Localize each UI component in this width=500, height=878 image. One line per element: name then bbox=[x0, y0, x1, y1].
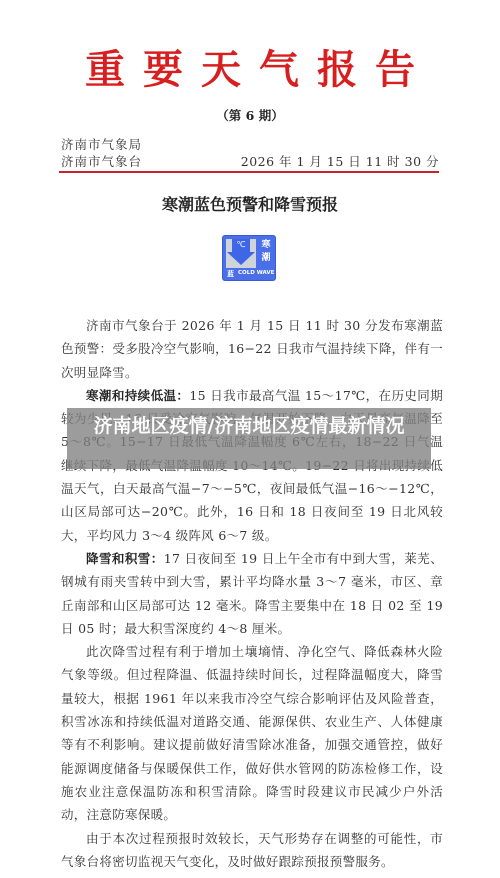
paragraph-impact: 此次降雪过程有利于增加土壤墒情、净化空气、降低森林火险气象等级。但过程降温、低温… bbox=[61, 640, 443, 826]
paragraph-text: 由于本次过程预报时效较长，天气形势存在调整的可能性，市气象台将密切监视天气变化，… bbox=[61, 831, 443, 869]
icon-label-cn: 寒潮 bbox=[259, 239, 273, 265]
headline-overlay-banner: 济南地区疫情/济南地区疫情最新情况 bbox=[67, 408, 431, 469]
paragraph-text: 此次降雪过程有利于增加土壤墒情、净化空气、降低森林火险气象等级。但过程降温、低温… bbox=[61, 644, 443, 822]
report-subtitle: 寒潮蓝色预警和降雪预报 bbox=[0, 192, 500, 215]
icon-level: 蓝 bbox=[227, 269, 234, 279]
weather-report-page: 重要天气报告 （第 6 期） 济南市气象局 济南市气象台 2026 年 1 月 … bbox=[0, 0, 500, 878]
issue-datetime: 2026 年 1 月 15 日 11 时 30 分 bbox=[241, 152, 439, 170]
issuer-observatory: 济南市气象台 bbox=[61, 152, 142, 170]
degree-symbol: ℃ bbox=[232, 240, 250, 249]
paragraph-text: 济南市气象台于 2026 年 1 月 15 日 11 时 30 分发布寒潮蓝色预… bbox=[61, 318, 443, 380]
report-body: 济南市气象台于 2026 年 1 月 15 日 11 时 30 分发布寒潮蓝色预… bbox=[61, 314, 443, 873]
paragraph-lead: 降雪和积雪： bbox=[86, 551, 164, 566]
masthead-title: 重要天气报告 bbox=[0, 38, 500, 95]
cold-wave-blue-warning-icon: ℃ 寒潮 蓝 COLD WAVE bbox=[222, 235, 276, 281]
paragraph-snowfall: 降雪和积雪：17 日夜间至 19 日上午全市有中到大雪，莱芜、钢城有雨夹雪转中到… bbox=[61, 547, 443, 640]
paragraph-intro: 济南市气象台于 2026 年 1 月 15 日 11 时 30 分发布寒潮蓝色预… bbox=[61, 314, 443, 384]
down-arrow-head-icon bbox=[227, 252, 255, 265]
paragraph-lead: 寒潮和持续低温： bbox=[86, 388, 189, 403]
issuer-bureau: 济南市气象局 bbox=[61, 135, 142, 153]
header-divider bbox=[59, 171, 439, 173]
icon-label-en: COLD WAVE bbox=[238, 270, 274, 276]
paragraph-closing: 由于本次过程预报时效较长，天气形势存在调整的可能性，市气象台将密切监视天气变化，… bbox=[61, 827, 443, 874]
issue-number: （第 6 期） bbox=[0, 106, 500, 124]
